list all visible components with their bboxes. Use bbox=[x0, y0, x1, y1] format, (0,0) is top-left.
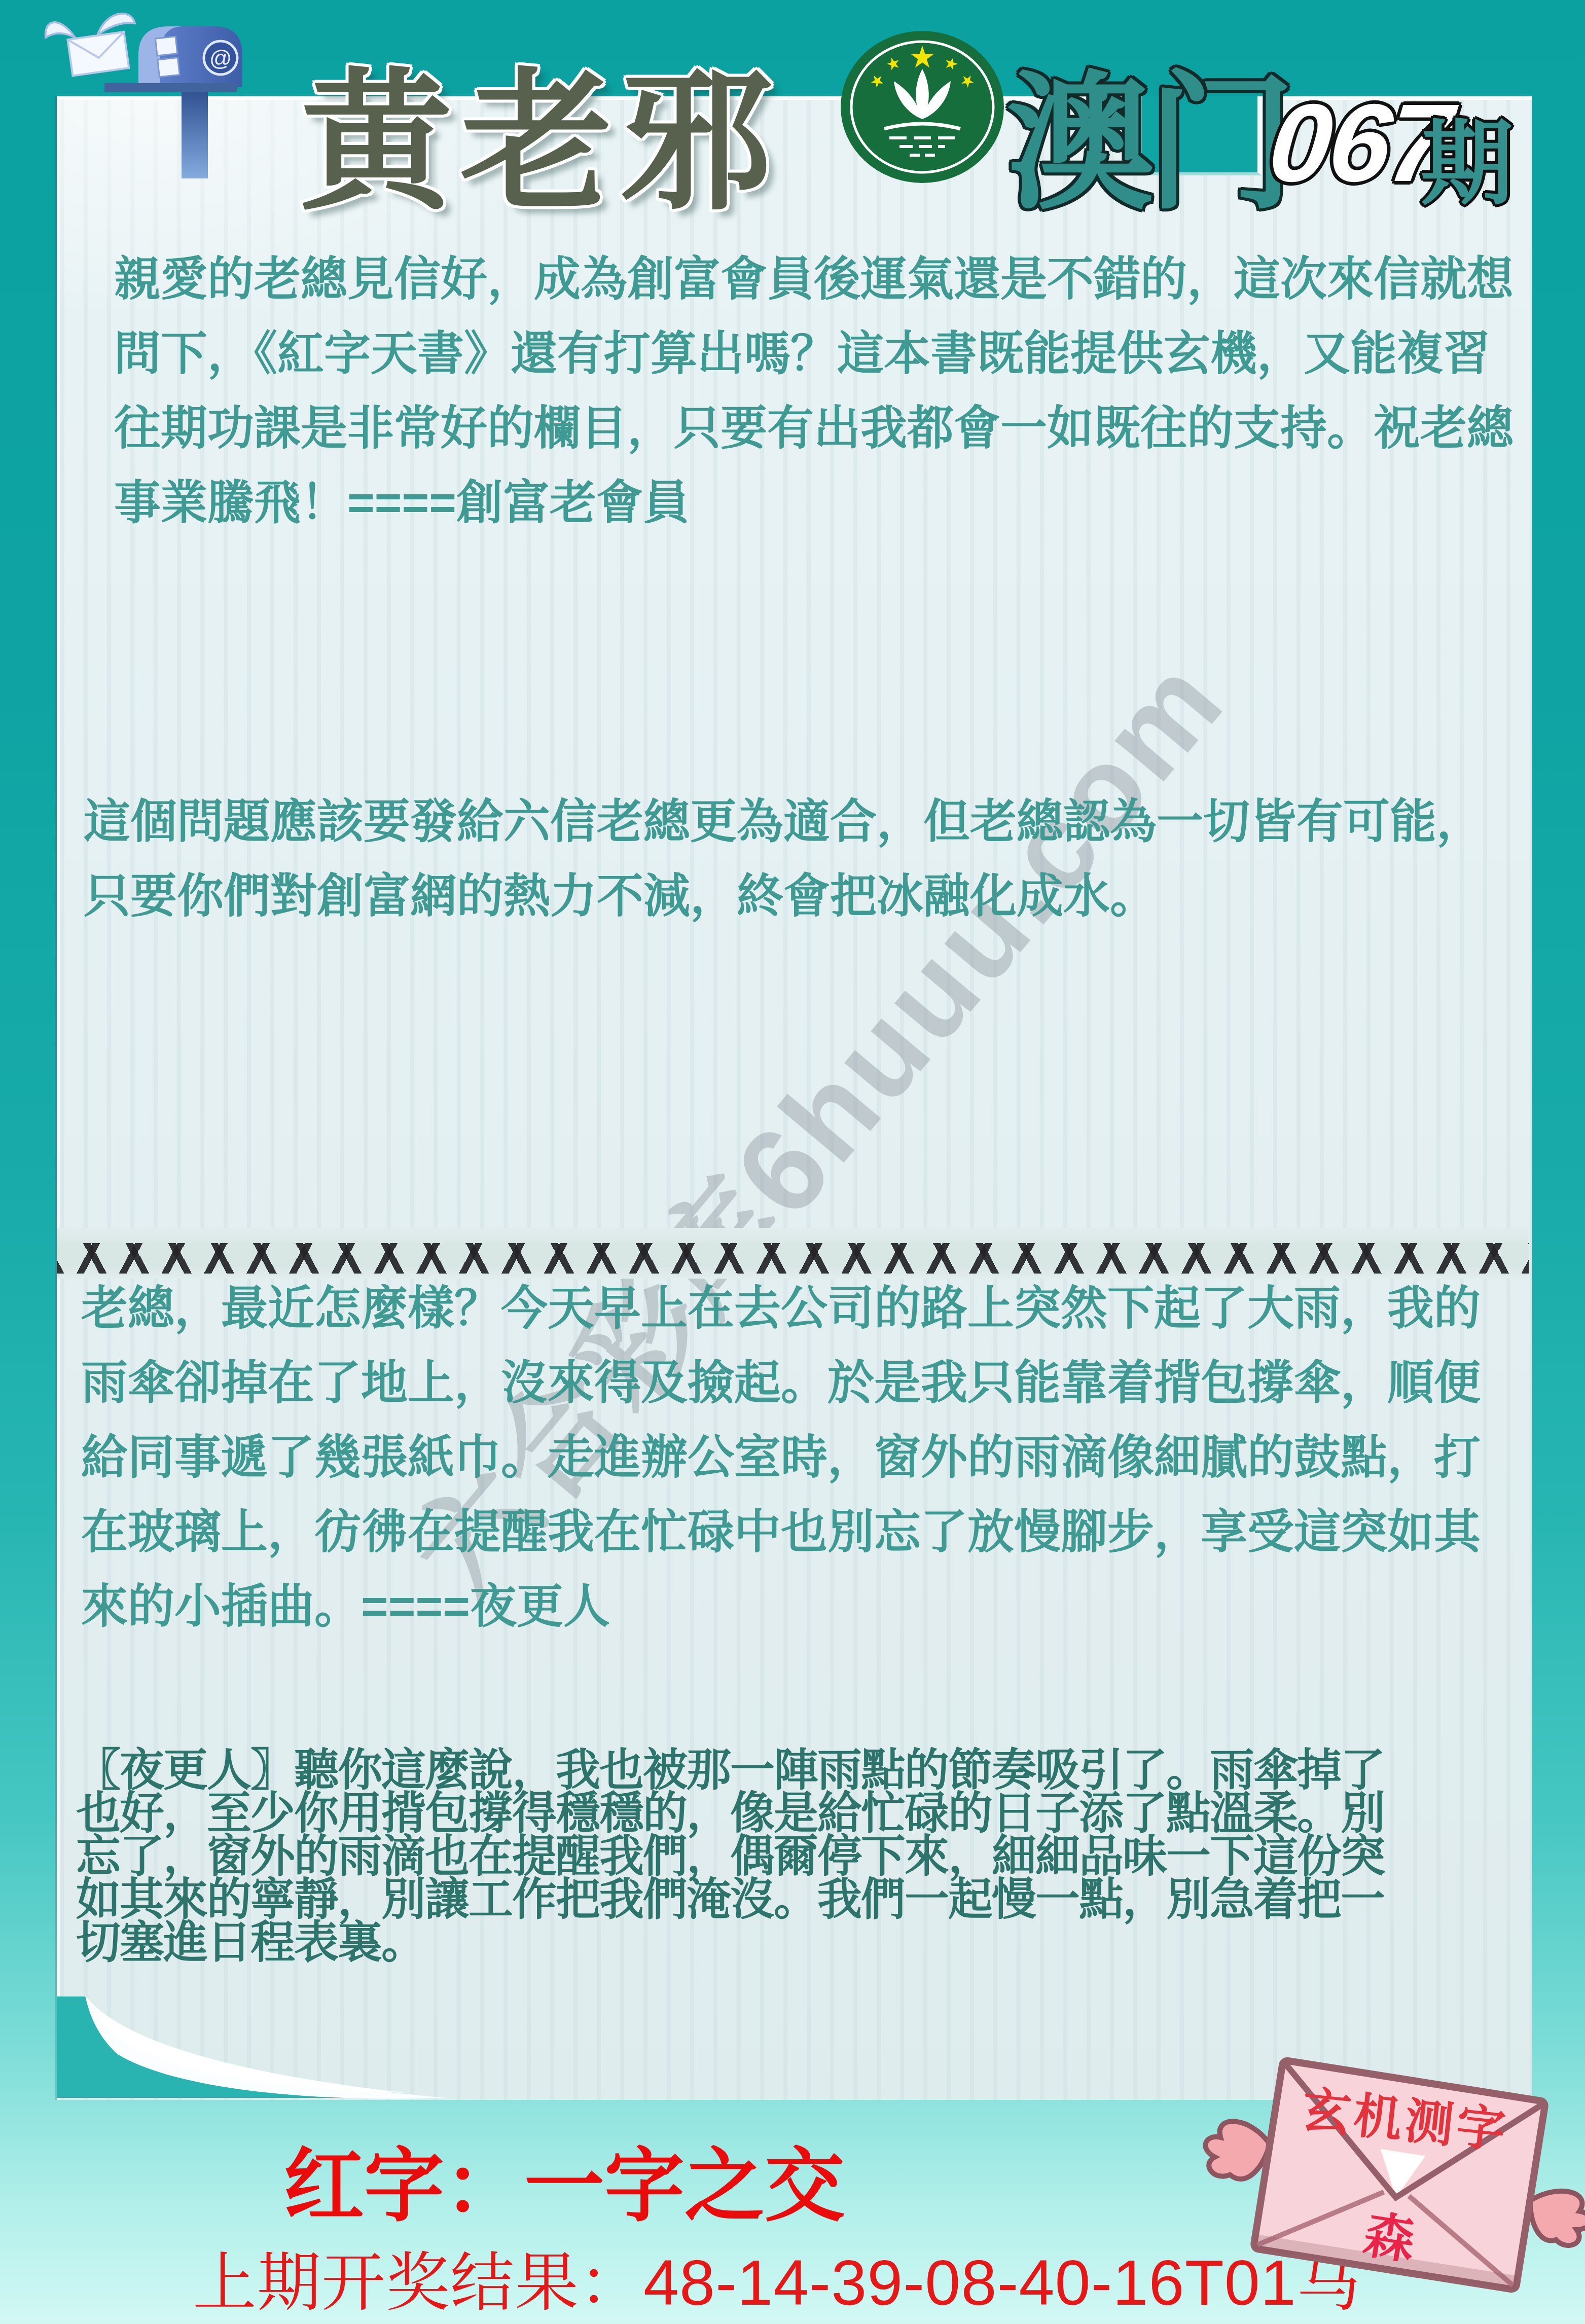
editor-reply-2: 〖夜更人〗聽你這麼說，我也被那一陣雨點的節奏吸引了。雨傘掉了 也好，至少你用揹包… bbox=[76, 1748, 1384, 1964]
envelope-stamp: 森 bbox=[1360, 2206, 1419, 2270]
at-sign-icon: @ bbox=[209, 46, 232, 71]
issue-suffix: 期 bbox=[1421, 90, 1513, 223]
mystery-envelope-badge: 玄机测字 森 bbox=[1202, 2038, 1585, 2324]
reader-letter-2: 老總，最近怎麼樣？今天早上在去公司的路上突然下起了大雨，我的 雨傘卻掉在了地上，… bbox=[81, 1272, 1481, 1644]
result-label: 上期开奖结果： bbox=[193, 2247, 643, 2318]
divider-band bbox=[57, 1228, 1529, 1279]
site-title: 黄老邪 bbox=[300, 20, 781, 239]
mailbox-icon: @ bbox=[100, 7, 268, 182]
red-word-title: 红字：一字之交 bbox=[284, 2122, 845, 2237]
last-draw-result: 上期开奖结果：48-14-39-08-40-16T01马 bbox=[193, 2232, 1361, 2323]
macau-lotus-logo bbox=[838, 29, 1007, 187]
stitch-chain-divider bbox=[57, 1243, 1529, 1274]
reader-letter-1: 親愛的老總見信好，成為創富會員後運氣還是不錯的，這次來信就想 問下，《紅字天書》… bbox=[114, 242, 1514, 540]
region-title: 澳门 bbox=[1006, 24, 1288, 237]
editor-reply-1: 這個問題應該要發給六信老總更為適合，但老總認為一切皆有可能， 只要你們對創富網的… bbox=[84, 785, 1483, 934]
mailbox-pole bbox=[182, 88, 208, 178]
